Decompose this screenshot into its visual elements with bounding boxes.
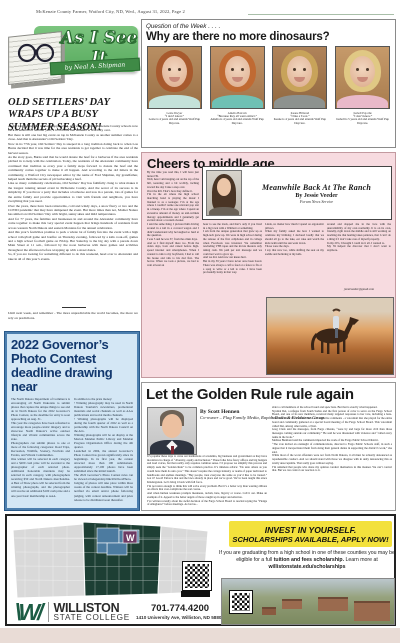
horse-photo	[266, 297, 394, 375]
governor-contest-box: 2022 Governor’s Photo Contest deadline d…	[5, 332, 139, 510]
kid-photo	[335, 46, 390, 109]
qr-code-map	[183, 562, 211, 590]
header-rule	[248, 14, 394, 15]
ad-website: willistonstate.edu/scholarships	[269, 564, 346, 570]
scan-bottom-strip	[0, 628, 400, 643]
kid-entry: Amelia Balcom “Because they all went ext…	[209, 46, 266, 126]
ad-banner-line2: SCHOLARSHIPS AVAILABLE, APPLY NOW!	[229, 535, 392, 544]
qr-code-campus	[230, 591, 252, 613]
ad-body-bold1: tuition and fees scholarship.	[274, 557, 344, 563]
golden-rule-headline: Let the Golden Rule rule again	[146, 386, 391, 403]
kid-entry: Isabell Pojorlie “I don’t know.” Isabell…	[334, 46, 391, 126]
wsc-ad: W \W/ WILLISTON STATE COLLEGE 701.774.42…	[5, 514, 396, 626]
columnist-email: jessieveeder@gmail.com	[327, 287, 391, 291]
column-title: Meanwhile Back At The Ranch	[242, 183, 391, 192]
ad-body-text: If you are graduating from a high school…	[219, 550, 395, 571]
governor-headline: 2022 Governor’s Photo Contest deadline d…	[11, 338, 133, 394]
kid-desc: Keane is 4 years old and attends Wolf Pu…	[272, 118, 329, 126]
golden-rule-column-2: able to call members of the school board…	[272, 406, 392, 507]
golden-rule-box: Let the Golden Rule rule again By Scott …	[141, 382, 396, 511]
governor-column-1: The North Dakota Department of Commerce …	[11, 397, 70, 509]
campus-photo	[221, 578, 395, 625]
map-w-label: W	[126, 533, 135, 543]
logo-divider	[48, 602, 49, 622]
question-box: Question of the Week . . . . Why are the…	[141, 19, 396, 148]
article-tagline: Until next week, and remember - The more…	[8, 311, 138, 320]
kid-desc: Amelia is 4 years old and attends Wolf P…	[209, 118, 266, 126]
cheers-box: Cheers to middle age Meanwhile Back At T…	[141, 152, 396, 378]
qr-label-strip	[181, 591, 210, 597]
columnist-photo	[206, 170, 242, 216]
column-service: Forum News Service	[242, 199, 391, 204]
horse-rider-icon	[297, 306, 367, 358]
columnist-card: Meanwhile Back At The Ranch By Jessie Ve…	[202, 166, 392, 220]
glasses-icon	[16, 42, 56, 64]
article-body: As the long Labor Day weekend approaches…	[8, 124, 138, 304]
cheers-column-3: Linda, no matter how much I spend on erg…	[265, 223, 324, 293]
golden-rule-column-1: It’s popular these days to curse our ins…	[147, 455, 267, 507]
kid-desc: Isabell is 5 years old and attends Wolf …	[334, 118, 391, 126]
cheers-column-2: hour to see the truck, and that’s only i…	[203, 223, 262, 373]
college-phone: 701.774.4200	[136, 604, 224, 614]
kid-desc: Lexie is 4 years old and attends Wolf Pu…	[146, 118, 203, 126]
ad-banner: INVEST IN YOURSELF. SCHOLARSHIPS AVAILAB…	[229, 521, 392, 547]
kid-entry: Lexie Dwyer “I don’t know.” Lexie is 4 y…	[146, 46, 203, 126]
kid-photo	[147, 46, 202, 109]
cheers-column-1: By the time you read this, I will have j…	[147, 171, 199, 373]
kid-photo	[272, 46, 327, 109]
cheers-column-4: around and slapped me in the face with t…	[327, 223, 391, 285]
governor-column-2: In addition to the prize money: • Winnin…	[74, 397, 133, 509]
kid-entry: Keane Hillerud “I like a T-rex.” Keane i…	[272, 46, 329, 126]
section-divider	[62, 307, 86, 308]
as-i-see-it-logo: As I See It by Neal A. Shipman	[8, 24, 139, 92]
scott-hennen-photo	[147, 407, 197, 455]
question-kicker: Question of the Week . . . .	[146, 23, 391, 30]
college-address: 1410 University Ave, Williston, ND 58801	[136, 615, 224, 620]
wsc-logo-mark: \W/	[15, 601, 41, 624]
ad-body-mid: Learn more at	[344, 557, 378, 563]
page-header: McKenzie County Farmer, Watford City, ND…	[36, 9, 246, 14]
kid-photo	[210, 46, 265, 109]
question-headline: Why are there no more dinosaurs?	[146, 31, 391, 43]
college-name-line2: STATE COLLEGE	[54, 614, 131, 622]
ad-banner-line1: INVEST IN YOURSELF.	[229, 525, 392, 535]
